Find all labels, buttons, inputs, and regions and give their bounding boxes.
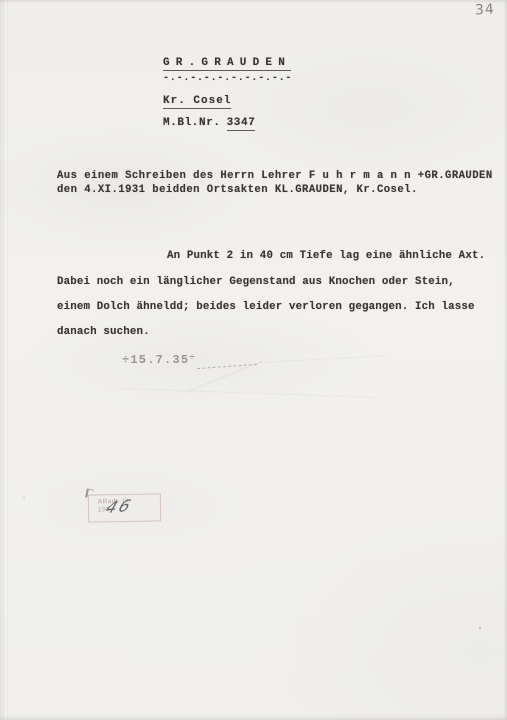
handwritten-page-number: 34 (475, 1, 496, 18)
paper-edge-line (3, 0, 4, 720)
date-stamp-suffix-mark: ÷ (189, 353, 196, 363)
body-text-line-2: Dabei noch ein länglicher Gegenstand aus… (57, 276, 455, 288)
paper-crease (120, 388, 380, 398)
file-reference-line: M.Bl.Nr.3347 (163, 117, 255, 129)
body-text-line-1: An Punkt 2 in 40 cm Tiefe lag eine ähnli… (167, 250, 485, 262)
body-text-line-3: einem Dolch ähneldd; beides leider verlo… (57, 301, 475, 313)
source-note-line-1: Aus einem Schreiben des Herrn Lehrer F u… (57, 170, 493, 182)
scanned-document-page: 34 GR.GRAUDEN -.-.-.-.-.-.-.-.-.- Kr. Co… (0, 0, 507, 720)
date-stamp: ÷15.7.35÷ (122, 353, 196, 367)
body-text-line-4: danach suchen. (57, 326, 150, 338)
scan-speck (23, 497, 25, 499)
file-reference-label: M.Bl.Nr. (163, 117, 221, 129)
district-line: Kr. Cosel (163, 95, 231, 109)
paper-edge-line (7, 0, 8, 720)
scan-speck (479, 627, 481, 629)
source-note-line-2: den 4.XI.1931 beidden Ortsakten KL.GRAUD… (57, 184, 418, 196)
site-title: GR.GRAUDEN (163, 57, 291, 71)
file-reference-number: 3347 (227, 117, 256, 131)
title-dash-rule: -.-.-.-.-.-.-.-.-.- (163, 73, 292, 84)
paper-crease (258, 355, 388, 363)
paper-edge-line (0, 1, 507, 2)
date-stamp-date: 15.7.35 (130, 353, 189, 367)
